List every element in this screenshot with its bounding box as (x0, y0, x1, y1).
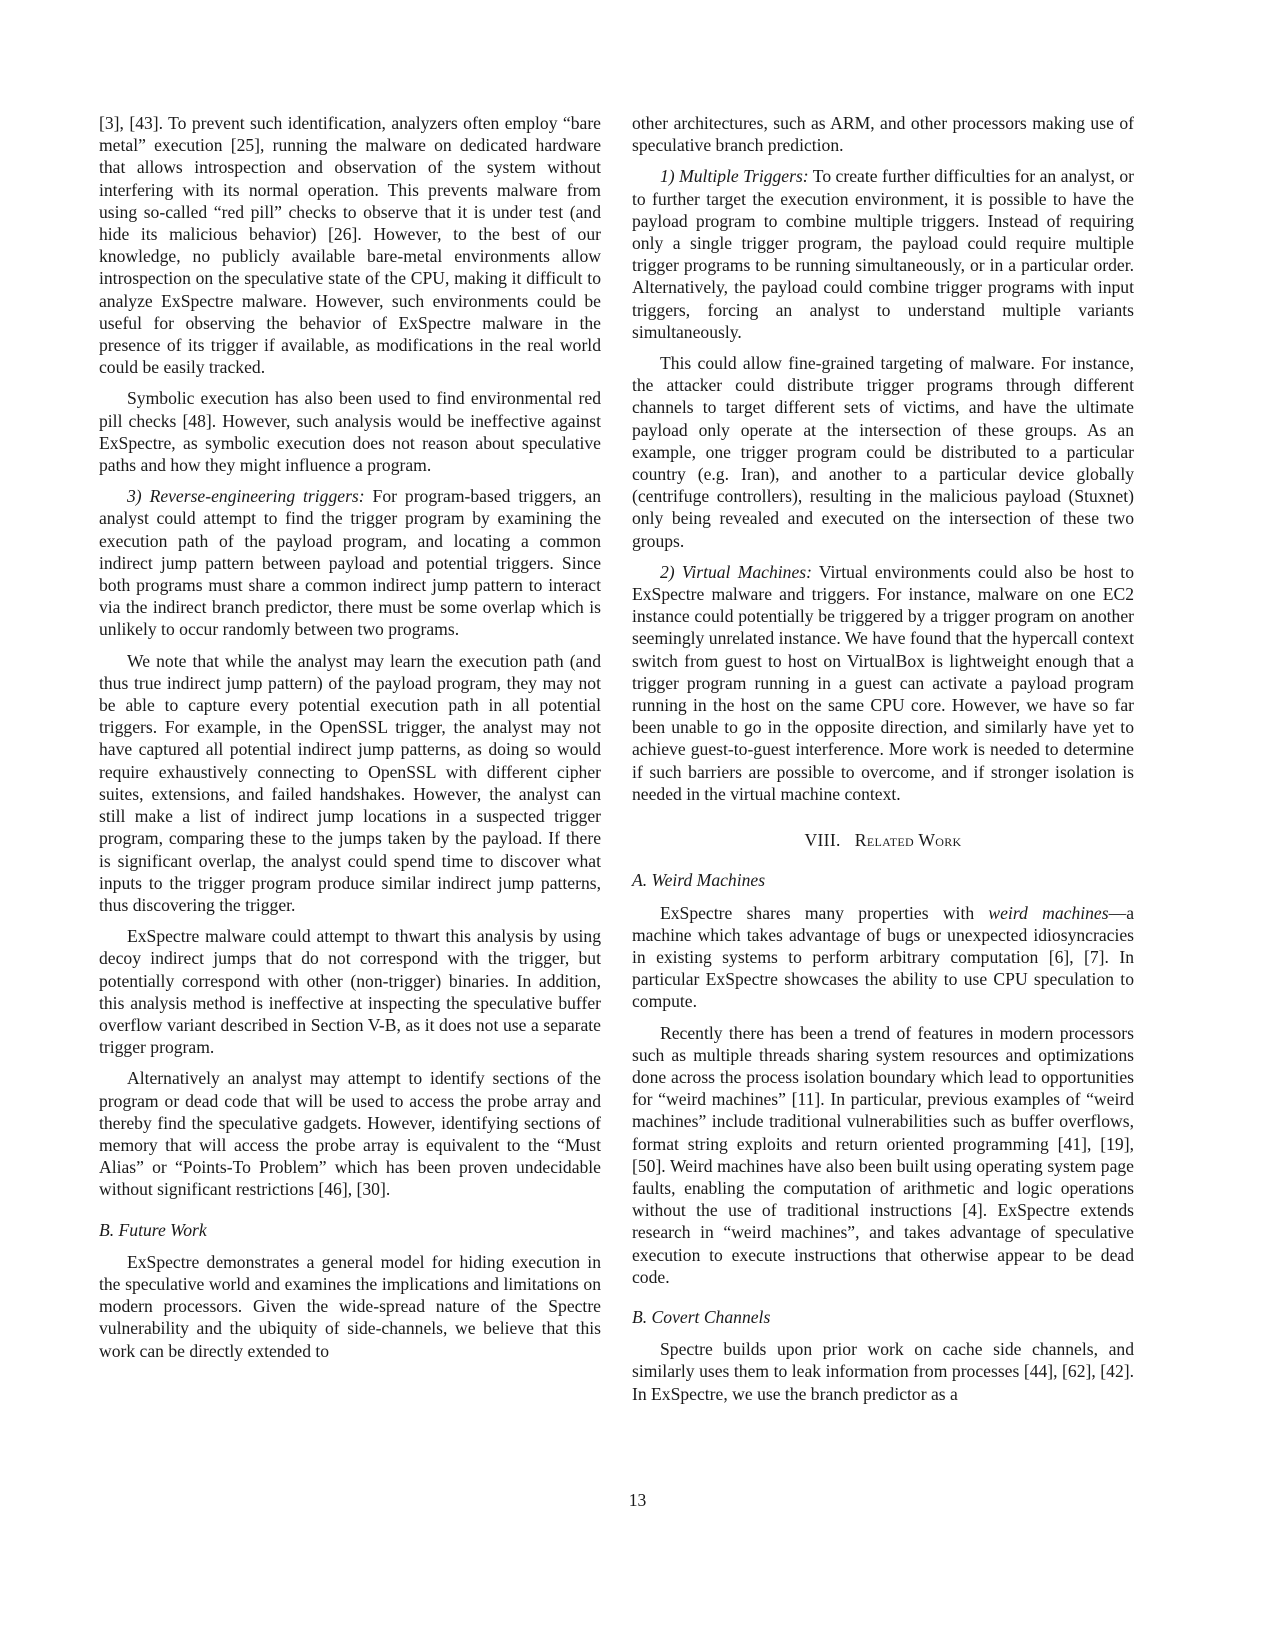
paragraph: We note that while the analyst may learn… (99, 650, 601, 916)
paragraph: ExSpectre demonstrates a general model f… (99, 1251, 601, 1362)
section-number: VIII. (805, 830, 841, 850)
paragraph: [3], [43]. To prevent such identificatio… (99, 112, 601, 378)
right-column: other architectures, such as ARM, and ot… (632, 112, 1134, 1414)
paragraph: ExSpectre malware could attempt to thwar… (99, 925, 601, 1058)
subsection-heading: B. Future Work (99, 1219, 601, 1241)
paragraph: This could allow fine-grained targeting … (632, 352, 1134, 552)
left-column: [3], [43]. To prevent such identificatio… (99, 112, 601, 1371)
run-in-heading: 1) Multiple Triggers: (660, 166, 809, 186)
paragraph: Recently there has been a trend of featu… (632, 1022, 1134, 1288)
section-title: Related Work (855, 830, 962, 850)
paragraph-text: To create further difficulties for an an… (632, 166, 1134, 341)
paragraph: 1) Multiple Triggers: To create further … (632, 165, 1134, 343)
paragraph-text: For program-based triggers, an analyst c… (99, 486, 601, 639)
paragraph: Alternatively an analyst may attempt to … (99, 1067, 601, 1200)
run-in-heading: 3) Reverse-engineering triggers: (127, 486, 365, 506)
paragraph: 3) Reverse-engineering triggers: For pro… (99, 485, 601, 640)
paragraph: Spectre builds upon prior work on cache … (632, 1338, 1134, 1405)
run-in-heading: 2) Virtual Machines: (660, 562, 812, 582)
paragraph-text: ExSpectre shares many properties with (660, 903, 988, 923)
paragraph: other architectures, such as ARM, and ot… (632, 112, 1134, 156)
section-heading: VIII. Related Work (632, 829, 1134, 851)
paragraph: ExSpectre shares many properties with we… (632, 902, 1134, 1013)
subsection-heading: A. Weird Machines (632, 869, 1134, 891)
paragraph: Symbolic execution has also been used to… (99, 387, 601, 476)
page-number: 13 (0, 1490, 1275, 1511)
emphasis: weird machines (988, 903, 1108, 923)
paragraph: 2) Virtual Machines: Virtual environment… (632, 561, 1134, 805)
paragraph-text: Virtual environments could also be host … (632, 562, 1134, 804)
subsection-heading: B. Covert Channels (632, 1306, 1134, 1328)
